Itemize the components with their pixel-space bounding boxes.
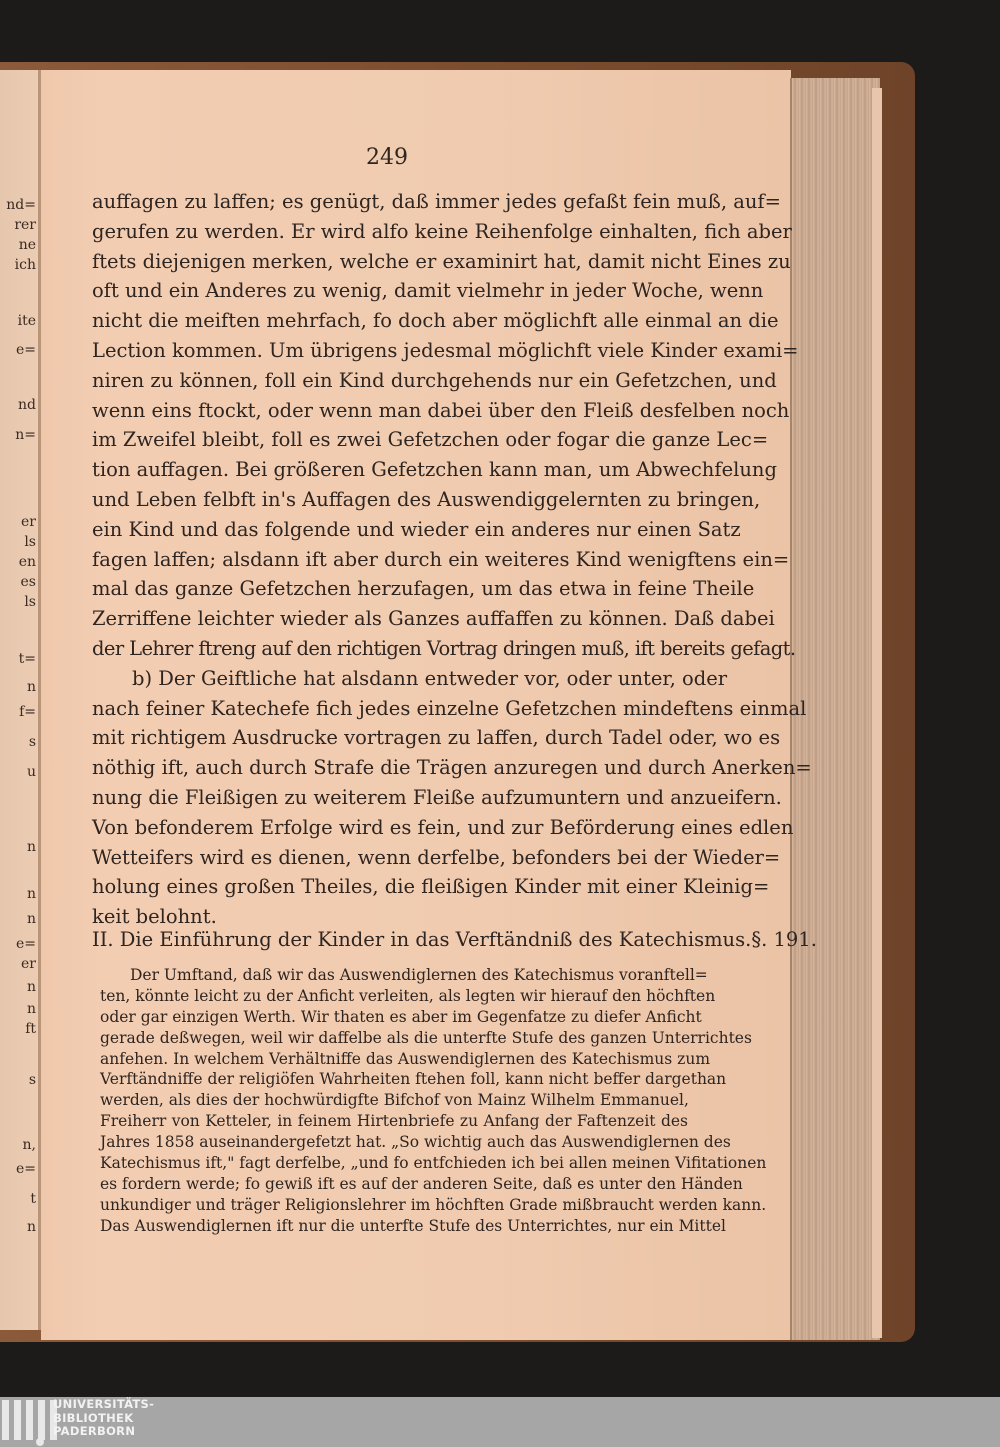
text-line: es fordern werde; fo gewiß ift es auf de… [100,1174,688,1195]
text-line: nach feiner Katechefe fich jedes einzeln… [92,694,684,724]
page-edge-highlight [872,88,882,1338]
left-margin-fragment: n [0,980,36,994]
text-line: gerade deßwegen, weil wir daffelbe als d… [100,1028,688,1049]
left-margin-fragment: es [0,575,36,589]
text-line: anfehen. In welchem Verhältniffe das Aus… [100,1049,688,1070]
text-line: oft und ein Anderes zu wenig, damit viel… [92,276,684,306]
text-line: niren zu können, foll ein Kind durchgehe… [92,366,684,396]
text-line: mit richtigem Ausdrucke vortragen zu laf… [92,723,684,753]
text-line: fagen laffen; alsdann ift aber durch ein… [92,545,684,575]
left-margin-fragment: nd [0,398,36,412]
text-line: der Lehrer ftreng auf den richtigen Vort… [92,634,684,664]
text-line: nicht die meiften mehrfach, fo doch aber… [92,306,684,336]
left-margin-fragment: er [0,957,36,971]
text-line: unkundiger und träger Religionslehrer im… [100,1195,688,1216]
library-name: UNIVERSITÄTS- BIBLIOTHEK PADERBORN [53,1398,154,1439]
text-line: oder gar einzigen Werth. Wir thaten es a… [100,1007,688,1028]
logo-bar [38,1400,45,1440]
text-line: tion auffagen. Bei größeren Gefetzchen k… [92,455,684,485]
text-line: Katechismus ift," fagt derfelbe, „und fo… [100,1153,688,1174]
text-line: ein Kind und das folgende und wieder ein… [92,515,684,545]
text-line: nung die Fleißigen zu weiterem Fleiße au… [92,783,684,813]
text-line: mal das ganze Gefetzchen herzufagen, um … [92,574,684,604]
left-margin-fragment: n [0,1220,36,1234]
left-margin-fragment: e= [0,937,36,951]
section-reference: §. 191. [751,928,817,951]
left-margin-fragment: e= [0,343,36,357]
left-margin-fragment: s [0,735,36,749]
left-margin-fragment: t [0,1192,36,1206]
text-line: Jahres 1858 auseinandergefetzt hat. „So … [100,1132,688,1153]
text-line: Freiherr von Ketteler, in feinem Hirtenb… [100,1111,688,1132]
text-line: gerufen zu werden. Er wird alfo keine Re… [92,217,684,247]
text-line: Das Auswendiglernen ift nur die unterfte… [100,1216,688,1237]
text-line: ftets diejenigen merken, welche er exami… [92,247,684,277]
text-line: Der Umftand, daß wir das Auswendiglernen… [100,965,688,986]
text-line: wenn eins ftockt, oder wenn man dabei üb… [92,396,684,426]
text-line: und Leben felbft in's Auffagen des Auswe… [92,485,684,515]
library-name-line1: UNIVERSITÄTS- [53,1398,154,1412]
logo-bar [2,1400,9,1440]
left-margin-fragment: en [0,555,36,569]
section-heading-title: II. Die Einführung der Kinder in das Ver… [92,928,751,951]
left-margin-fragment: ls [0,595,36,609]
left-margin-fragment: ls [0,535,36,549]
text-line: Wetteifers wird es dienen, wenn derfelbe… [92,843,684,873]
left-margin-fragment: t= [0,652,36,666]
left-margin-fragment: n [0,887,36,901]
text-line: Verftändniffe der religiöfen Wahrheiten … [100,1069,688,1090]
logo-bar [14,1400,21,1440]
page-number: 249 [366,145,408,170]
left-margin-fragment: e= [0,1162,36,1176]
text-line: Lection kommen. Um übrigens jedesmal mög… [92,336,684,366]
library-name-line3: PADERBORN [53,1425,154,1439]
text-line: auffagen zu laffen; es genügt, daß immer… [92,187,684,217]
logo-dot-icon [36,1438,44,1446]
left-margin-fragment: nd= [0,198,36,212]
text-line: Von befonderem Erfolge wird es fein, und… [92,813,684,843]
left-margin-fragment: u [0,765,36,779]
left-margin-fragment: n, [0,1138,36,1152]
left-margin-fragment: rer [0,218,36,232]
left-margin-fragment: n= [0,428,36,442]
paragraph-b-start: b) Der Geiftliche hat alsdann entweder v… [92,664,684,694]
left-margin-fragment: ft [0,1022,36,1036]
left-margin-fragment: ite [0,314,36,328]
left-margin-fragment: f= [0,705,36,719]
text-line: holung eines großen Theiles, die fleißig… [92,872,684,902]
left-margin-fragment: s [0,1073,36,1087]
left-margin-fragment: n [0,680,36,694]
text-line: im Zweifel bleibt, foll es zwei Gefetzch… [92,425,684,455]
section-heading: II. Die Einführung der Kinder in das Ver… [92,928,754,951]
logo-bar [26,1400,33,1440]
text-line: nöthig ift, auch durch Strafe die Trägen… [92,753,684,783]
text-line: Zerriffene leichter wieder als Ganzes au… [92,604,684,634]
text-line: werden, als dies der hochwürdigfte Bifch… [100,1090,688,1111]
left-margin-fragment: n [0,912,36,926]
left-margin-fragment: n [0,1002,36,1016]
left-margin-fragment: ich [0,258,36,272]
library-logo-icon [2,1400,57,1444]
library-name-line2: BIBLIOTHEK [53,1412,154,1426]
left-margin-fragment: er [0,515,36,529]
text-line: ten, könnte leicht zu der Anficht verlei… [100,986,688,1007]
main-text-block: auffagen zu laffen; es genügt, daß immer… [92,187,684,932]
left-margin-fragment: n [0,840,36,854]
small-print-block: Der Umftand, daß wir das Auswendiglernen… [100,965,688,1237]
left-margin-fragment: ne [0,238,36,252]
